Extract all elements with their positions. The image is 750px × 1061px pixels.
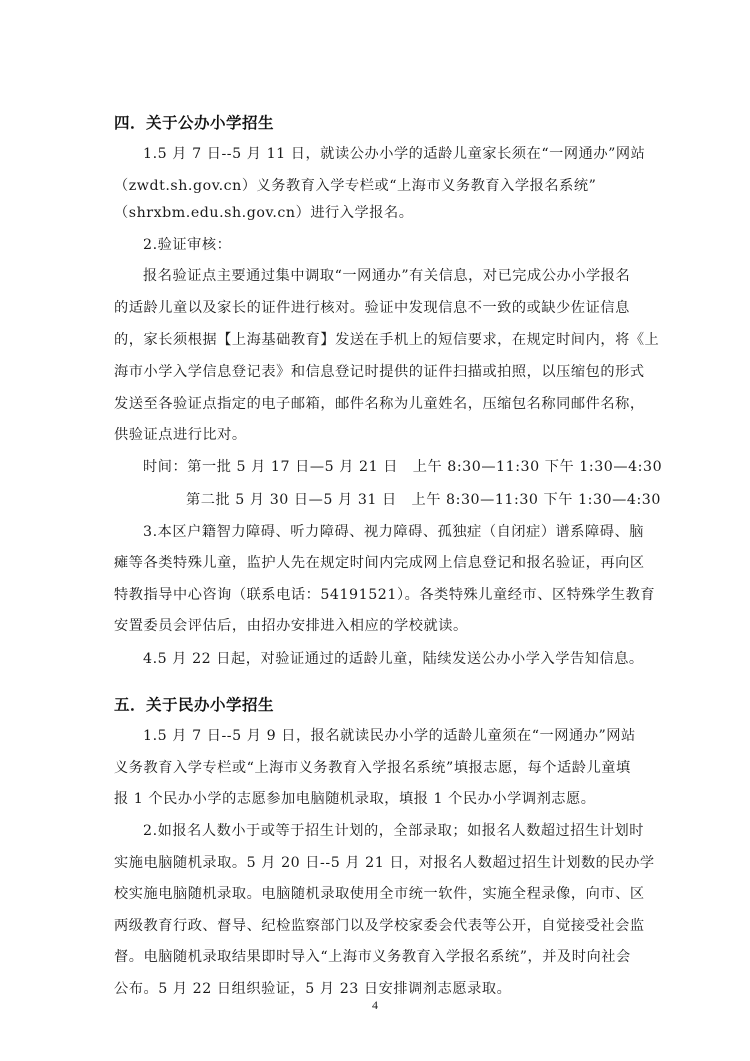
paragraph-line: （zwdt.sh.gov.cn）义务教育入学专栏或“上海市义务教育入学报名系统” — [114, 176, 638, 196]
paragraph-line: 公布。5 月 22 日组织验证，5 月 23 日安排调剂志愿录取。 — [114, 979, 638, 999]
paragraph-line: （shrxbm.edu.sh.gov.cn）进行入学报名。 — [114, 203, 638, 223]
paragraph-line: 实施电脑随机录取。5 月 20 日--5 月 21 日，对报名人数超过招生计划数… — [114, 853, 638, 873]
page-number: 4 — [0, 998, 750, 1013]
paragraph-line: 3.本区户籍智力障碍、听力障碍、视力障碍、孤独症（自闭症）谱系障碍、脑 — [143, 522, 667, 542]
paragraph-line: 督。电脑随机录取结果即时导入“上海市义务教育入学报名系统”，并及时向社会 — [114, 947, 638, 967]
schedule-batch-1: 时间：第一批 5 月 17 日—5 月 21 日 上午 8:30—11:30 下… — [143, 457, 667, 477]
paragraph-line: 1.5 月 7 日--5 月 9 日，报名就读民办小学的适龄儿童须在“一网通办”… — [143, 726, 667, 746]
paragraph-line: 特教指导中心咨询（联系电话：54191521）。各类特殊儿童经市、区特殊学生教育 — [114, 585, 638, 605]
paragraph-line: 安置委员会评估后，由招办安排进入相应的学校就读。 — [114, 616, 638, 636]
paragraph-line: 发送至各验证点指定的电子邮箱，邮件名称为儿童姓名，压缩包名称同邮件名称， — [114, 394, 638, 414]
paragraph-line: 瘫等各类特殊儿童，监护人先在规定时间内完成网上信息登记和报名验证，再向区 — [114, 553, 638, 573]
section-4-heading: 四．关于公办小学招生 — [114, 113, 638, 133]
paragraph-line: 4.5 月 22 日起，对验证通过的适龄儿童，陆续发送公办小学入学告知信息。 — [143, 649, 667, 669]
section-5-heading: 五．关于民办小学招生 — [114, 695, 638, 715]
paragraph-line: 的，家长须根据【上海基础教育】发送在手机上的短信要求，在规定时间内，将《上 — [114, 330, 638, 350]
paragraph-line: 1.5 月 7 日--5 月 11 日，就读公办小学的适龄儿童家长须在“一网通办… — [143, 144, 667, 164]
paragraph-line: 海市小学入学信息登记表》和信息登记时提供的证件扫描或拍照，以压缩包的形式 — [114, 362, 638, 382]
paragraph-line: 义务教育入学专栏或“上海市义务教育入学报名系统”填报志愿，每个适龄儿童填 — [114, 758, 638, 778]
schedule-batch-2: 第二批 5 月 30 日—5 月 31 日 上午 8:30—11:30 下午 1… — [186, 490, 710, 510]
subheading-verification: 2.验证审核： — [143, 235, 667, 255]
paragraph-line: 两级教育行政、督导、纪检监察部门以及学校家委会代表等公开，自觉接受社会监 — [114, 916, 638, 936]
paragraph-line: 供验证点进行比对。 — [114, 425, 638, 445]
paragraph-line: 校实施电脑随机录取。电脑随机录取使用全市统一软件，实施全程录像，向市、区 — [114, 884, 638, 904]
paragraph-line: 报名验证点主要通过集中调取“一网通办”有关信息，对已完成公办小学报名 — [143, 266, 667, 286]
document-page: 四．关于公办小学招生 1.5 月 7 日--5 月 11 日，就读公办小学的适龄… — [0, 0, 750, 1061]
paragraph-line: 的适龄儿童以及家长的证件进行核对。验证中发现信息不一致的或缺少佐证信息 — [114, 298, 638, 318]
paragraph-line: 2.如报名人数小于或等于招生计划的，全部录取；如报名人数超过招生计划时 — [143, 821, 667, 841]
paragraph-line: 报 1 个民办小学的志愿参加电脑随机录取，填报 1 个民办小学调剂志愿。 — [114, 789, 638, 809]
